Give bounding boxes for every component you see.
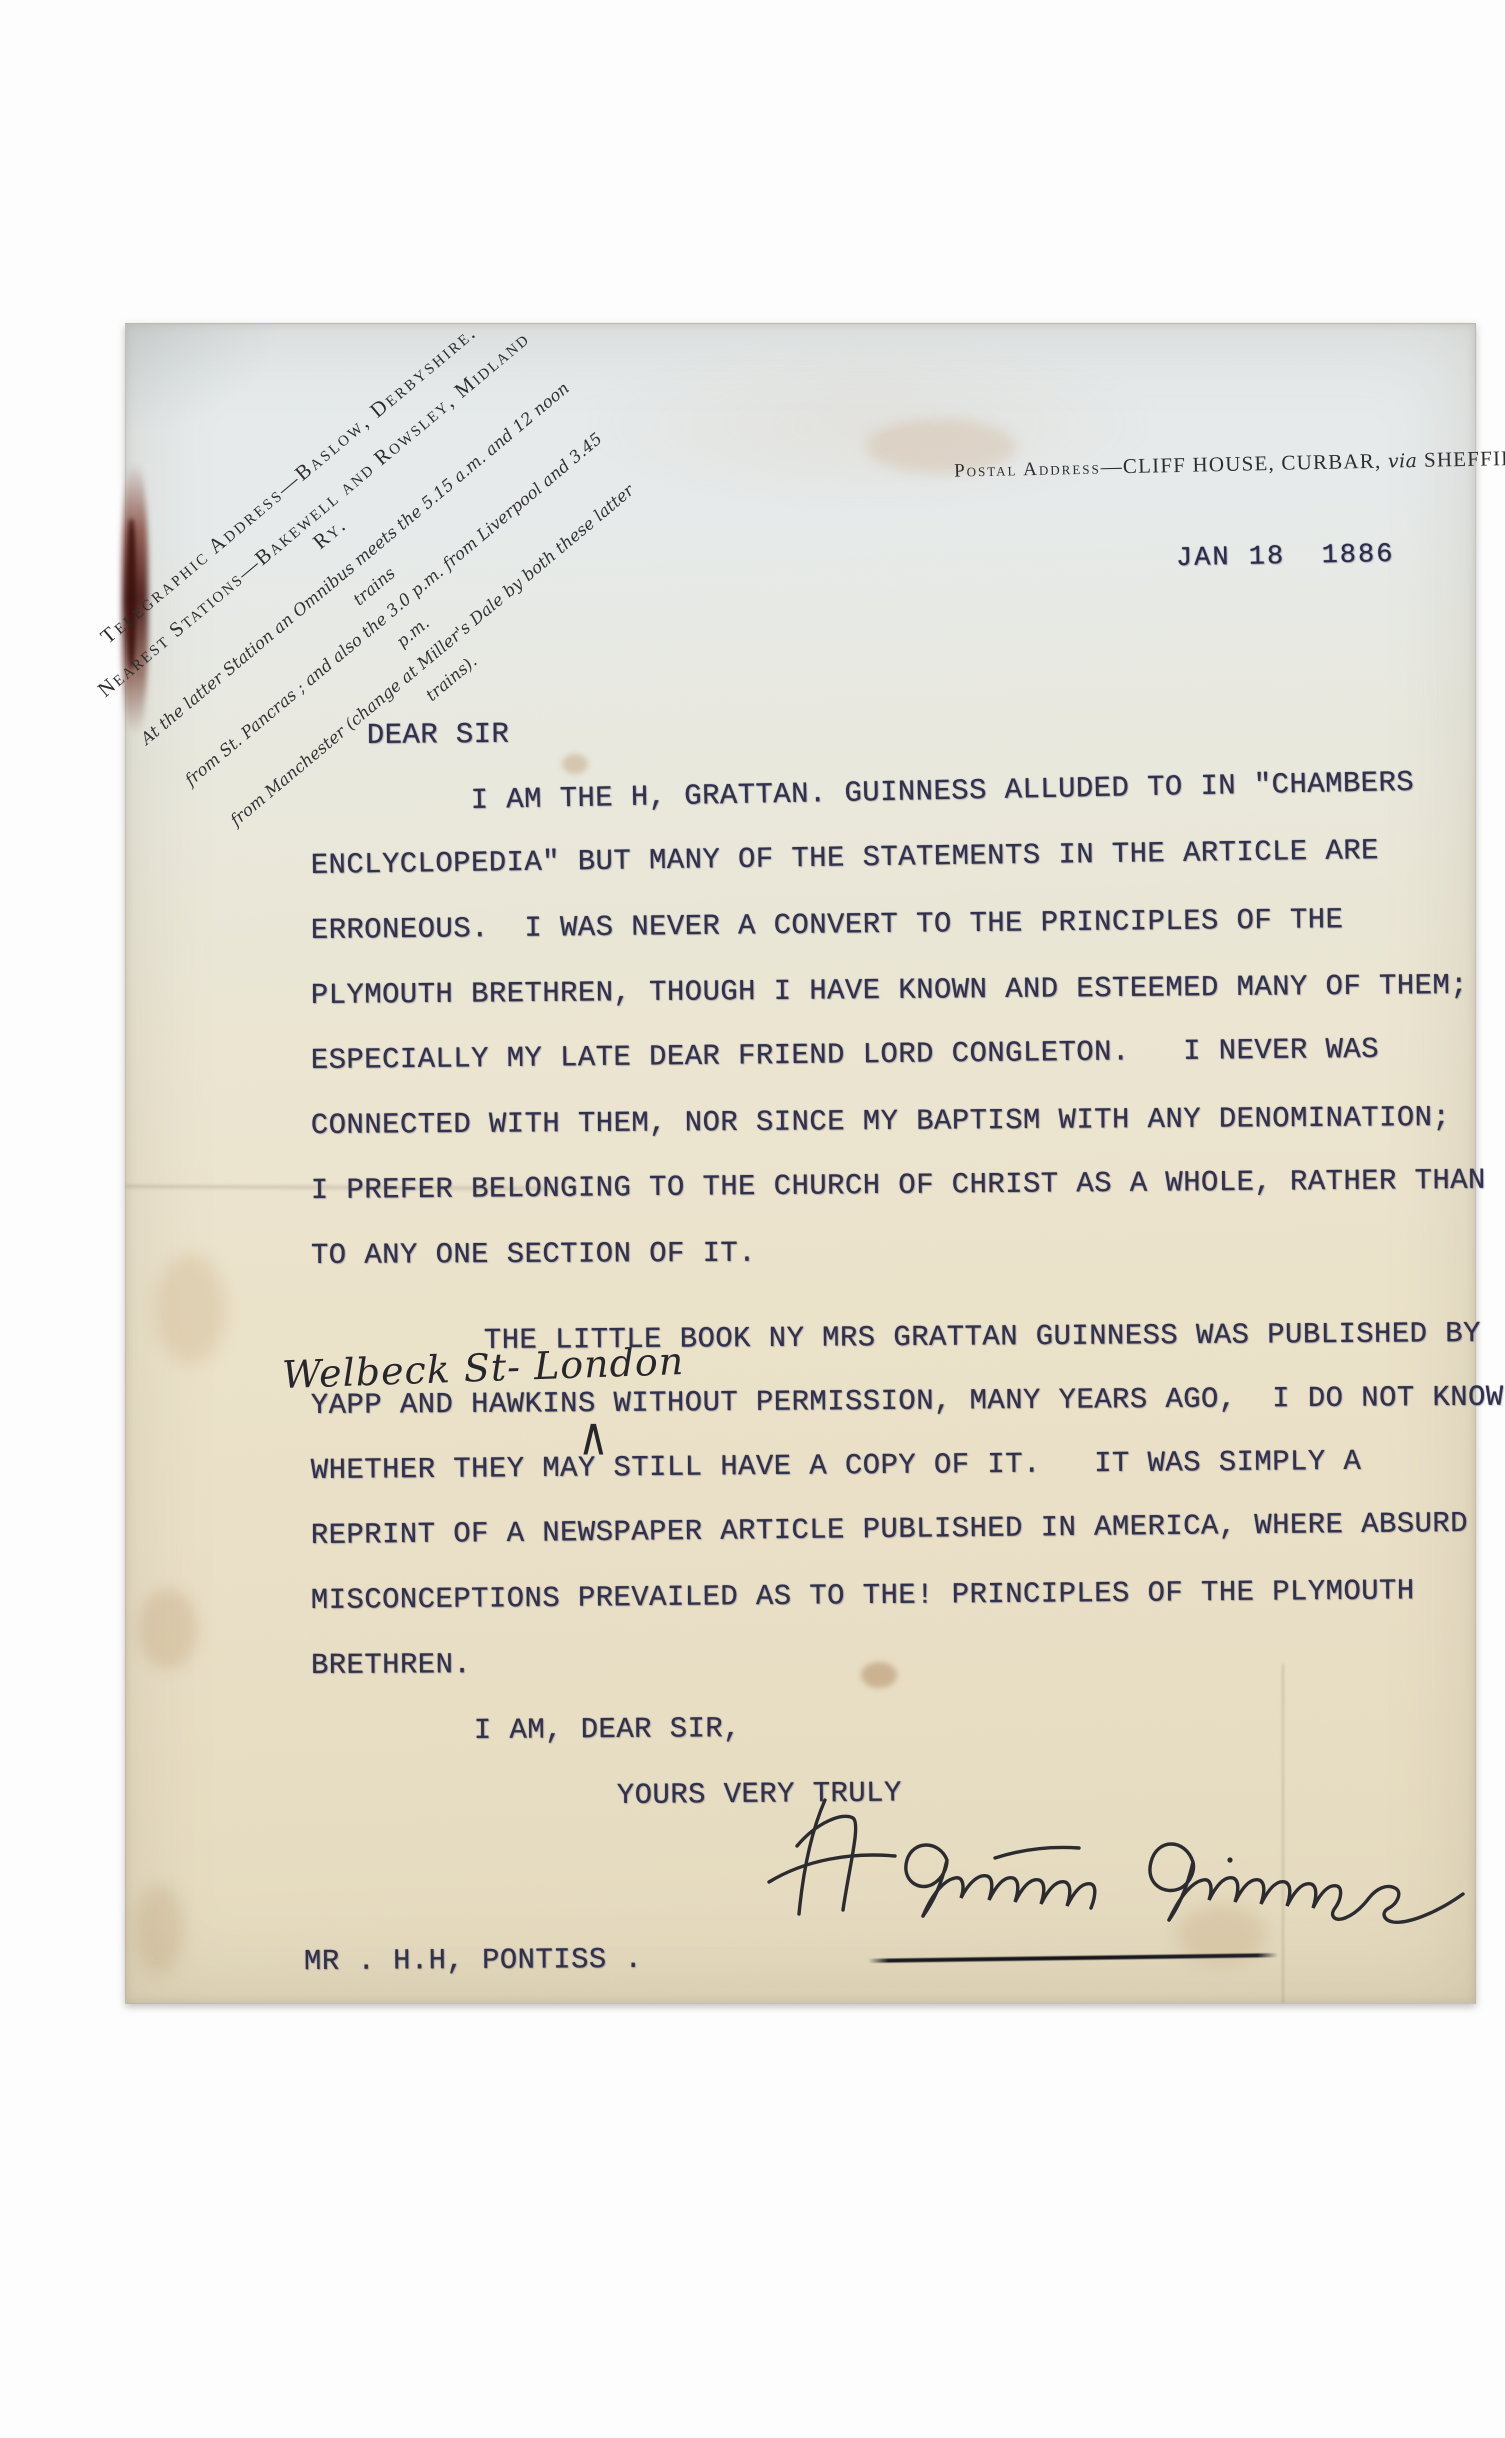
date-stamp: JAN 18 1886 — [1176, 540, 1395, 574]
typed-line: TO ANY ONE SECTION OF IT. — [311, 1237, 756, 1273]
typed-line: CONNECTED WITH THEM, NOR SINCE MY BAPTIS… — [311, 1101, 1451, 1142]
typed-line: ERRONEOUS. I WAS NEVER A CONVERT TO THE … — [311, 903, 1344, 947]
signature — [741, 1776, 1491, 1956]
letter-page: Telegraphic Address—Baslow, Derbyshire. … — [125, 323, 1476, 2004]
paper-stain — [861, 1662, 897, 1688]
paper-stain — [134, 1884, 184, 1974]
typed-line: PLYMOUTH BRETHREN, THOUGH I HAVE KNOWN A… — [311, 969, 1468, 1012]
scan-background: Telegraphic Address—Baslow, Derbyshire. … — [0, 0, 1505, 2438]
typed-line: REPRINT OF A NEWSPAPER ARTICLE PUBLISHED… — [311, 1507, 1468, 1552]
postal-address-label: Postal Address — [954, 458, 1101, 482]
paper-stain — [138, 1589, 198, 1669]
typed-line: ESPECIALLY MY LATE DEAR FRIEND LORD CONG… — [311, 1033, 1379, 1078]
postal-address-line: Postal Address—CLIFF HOUSE, CURBAR, via … — [954, 446, 1494, 482]
insertion-caret: ∧ — [578, 1406, 609, 1467]
typed-line: MISCONCEPTIONS PREVAILED AS TO THE! PRIN… — [311, 1574, 1415, 1617]
typed-line-closing: I AM, DEAR SIR, — [474, 1712, 741, 1747]
paper-stain — [562, 754, 588, 774]
typed-line: I PREFER BELONGING TO THE CHURCH OF CHRI… — [311, 1164, 1486, 1208]
postal-address-main: CLIFF HOUSE, CURBAR, — [1123, 449, 1388, 479]
postal-address-separator: — — [1100, 454, 1123, 478]
typed-line: I AM THE H, GRATTAN. GUINNESS ALLUDED TO… — [470, 766, 1414, 817]
postal-address-via: via — [1388, 450, 1418, 473]
typed-line: WHETHER THEY MAY STILL HAVE A COPY OF IT… — [311, 1445, 1362, 1488]
typed-line: ENCLYCLOPEDIA" BUT MANY OF THE STATEMENT… — [311, 834, 1380, 882]
typed-line-salutation: DEAR SIR — [367, 718, 510, 753]
postal-address-tail: SHEFFIELD, — [1417, 445, 1505, 472]
typed-line: BRETHREN. — [311, 1648, 471, 1682]
recipient-line: MR . H.H, PONTISS . — [304, 1943, 642, 1978]
paper-stain — [156, 1254, 226, 1364]
